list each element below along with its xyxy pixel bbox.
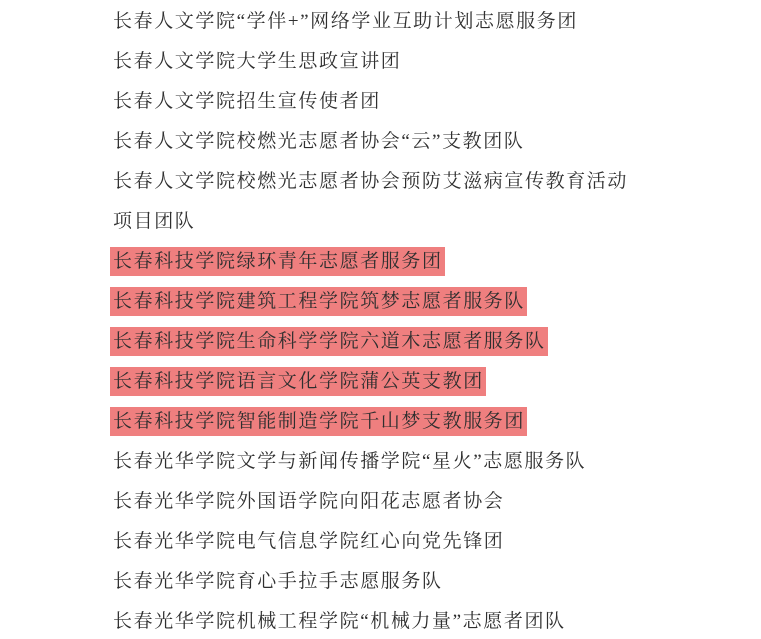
document-page: 长春人文学院“学伴+”网络学业互助计划志愿服务团长春人文学院大学生思政宣讲团长春… <box>0 0 761 639</box>
list-item: 长春光华学院机械工程学院“机械力量”志愿者团队 <box>113 602 636 639</box>
list-item: 长春科技学院绿环青年志愿者服务团 <box>113 242 636 282</box>
list-item: 长春科技学院智能制造学院千山梦支教服务团 <box>113 402 636 442</box>
highlighted-text: 长春科技学院语言文化学院蒲公英支教团 <box>110 367 486 396</box>
list-item: 长春人文学院校燃光志愿者协会预防艾滋病宣传教育活动项目团队 <box>113 162 636 242</box>
team-list: 长春人文学院“学伴+”网络学业互助计划志愿服务团长春人文学院大学生思政宣讲团长春… <box>0 0 636 639</box>
highlighted-text: 长春科技学院绿环青年志愿者服务团 <box>110 247 445 276</box>
list-item: 长春科技学院生命科学学院六道木志愿者服务队 <box>113 322 636 362</box>
highlighted-text: 长春科技学院建筑工程学院筑梦志愿者服务队 <box>110 287 527 316</box>
list-item: 长春光华学院育心手拉手志愿服务队 <box>113 562 636 602</box>
list-item: 长春科技学院语言文化学院蒲公英支教团 <box>113 362 636 402</box>
list-item: 长春科技学院建筑工程学院筑梦志愿者服务队 <box>113 282 636 322</box>
list-item: 长春光华学院电气信息学院红心向党先锋团 <box>113 522 636 562</box>
list-item: 长春人文学院“学伴+”网络学业互助计划志愿服务团 <box>113 2 636 42</box>
list-item: 长春人文学院招生宣传使者团 <box>113 82 636 122</box>
list-item: 长春光华学院外国语学院向阳花志愿者协会 <box>113 482 636 522</box>
list-item: 长春人文学院大学生思政宣讲团 <box>113 42 636 82</box>
list-item: 长春人文学院校燃光志愿者协会“云”支教团队 <box>113 122 636 162</box>
highlighted-text: 长春科技学院智能制造学院千山梦支教服务团 <box>110 407 527 436</box>
list-item: 长春光华学院文学与新闻传播学院“星火”志愿服务队 <box>113 442 636 482</box>
highlighted-text: 长春科技学院生命科学学院六道木志愿者服务队 <box>110 327 548 356</box>
